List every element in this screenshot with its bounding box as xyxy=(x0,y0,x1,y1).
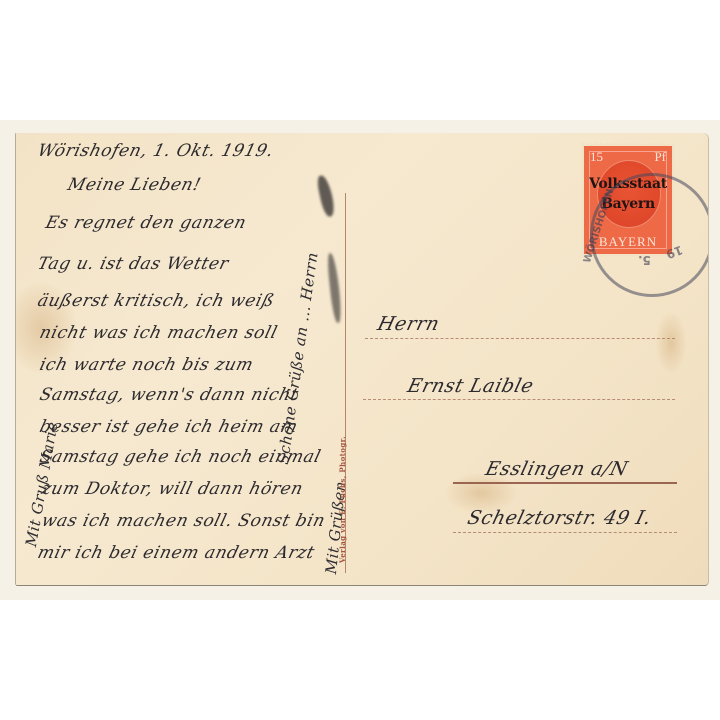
postcard: Wörishofen, 1. Okt. 1919. Meine Lieben! … xyxy=(16,133,708,585)
message-line: Tag u. ist das Wetter xyxy=(36,254,231,274)
message-line: zum Doktor, will dann hören xyxy=(40,479,306,499)
publisher-imprint: Verlag von E. Fuchs, Photogr. xyxy=(338,436,347,563)
ink-smudge xyxy=(316,174,336,218)
address-name: Ernst Laible xyxy=(405,375,536,397)
place-date: Wörishofen, 1. Okt. 1919. xyxy=(36,141,276,161)
stamp-value: 15 xyxy=(590,149,603,165)
message-line: besser ist gehe ich heim am xyxy=(38,417,300,437)
address-city: Esslingen a/N xyxy=(483,458,630,480)
address-line-underline xyxy=(453,482,677,484)
message-line: ich warte noch bis zum xyxy=(38,355,256,375)
message-line: mir ich bei einem andern Arzt xyxy=(36,543,317,563)
postmark-date: 5. xyxy=(638,253,651,267)
message-line: äußerst kritisch, ich weiß xyxy=(36,291,277,311)
address-street: Schelztorstr. 49 I. xyxy=(465,507,654,529)
message-line: nicht was ich machen soll xyxy=(38,323,280,343)
message-line: was ich machen soll. Sonst bin xyxy=(40,511,328,531)
stain xyxy=(656,313,686,373)
address-salutation: Herrn xyxy=(375,313,442,335)
address-line xyxy=(363,399,675,400)
address-line xyxy=(365,338,675,339)
margin-note-middle: Schöne Grüße an ... Herrn xyxy=(274,251,322,465)
stamp-unit: Pf xyxy=(654,149,666,165)
message-line: Es regnet den ganzen xyxy=(44,213,249,233)
message-line: Samstag, wenn's dann nicht xyxy=(38,385,301,405)
address-line xyxy=(453,532,677,533)
ink-smudge xyxy=(326,253,342,324)
salutation: Meine Lieben! xyxy=(66,175,204,195)
